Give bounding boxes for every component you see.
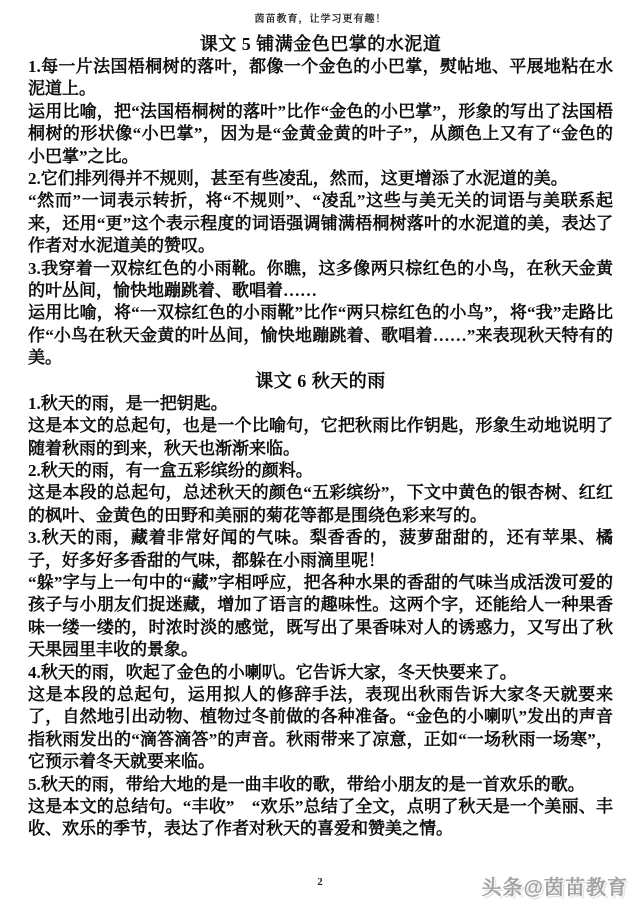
lesson-6-paragraph: 5.秋天的雨，带给大地的是一曲丰收的歌，带给小朋友的是一首欢乐的歌。: [28, 774, 613, 796]
lesson-6-paragraph: 这是本文的总起句，也是一个比喻句，它把秋雨比作钥匙，形象生动地说明了随着秋雨的到…: [28, 415, 613, 460]
lesson-6-paragraph: 这是本文的总结句。“丰收” “欢乐”总结了全文，点明了秋天是一个美丽、丰收、欢乐…: [28, 796, 613, 841]
lesson-6-paragraph: 这是本段的总起句，总述秋天的颜色“五彩缤纷”，下文中黄色的银杏树、红红的枫叶、金…: [28, 482, 613, 527]
lesson-section-6: 课文 6 秋天的雨 1.秋天的雨，是一把钥匙。 这是本文的总起句，也是一个比喻句…: [28, 370, 613, 841]
lesson-6-paragraph: 1.秋天的雨，是一把钥匙。: [28, 393, 613, 415]
toutiao-watermark: 头条@茵苗教育: [481, 871, 628, 900]
lesson-6-paragraph: 4.秋天的雨，吹起了金色的小喇叭。它告诉大家，冬天快要来了。: [28, 662, 613, 684]
header-slogan: 茵苗教育，让学习更有趣！: [28, 13, 613, 27]
lesson-section-5: 课文 5 铺满金色巴掌的水泥道 1.每一片法国梧桐树的落叶，都像一个金色的小巴掌…: [28, 33, 613, 370]
lesson-6-paragraph: 2.秋天的雨，有一盒五彩缤纷的颜料。: [28, 460, 613, 482]
lesson-5-body: 1.每一片法国梧桐树的落叶，都像一个金色的小巴掌，熨帖地、平展地粘在水泥道上。 …: [28, 56, 613, 370]
document-page: 茵苗教育，让学习更有趣！ 课文 5 铺满金色巴掌的水泥道 1.每一片法国梧桐树的…: [0, 0, 640, 905]
lesson-6-paragraph: 这是本段的总起句，运用拟人的修辞手法，表现出秋雨告诉大家冬天就要来了，自然地引出…: [28, 684, 613, 774]
lesson-5-paragraph: 运用比喻，将“一双棕红色的小雨靴”比作“两只棕红色的小鸟”，将“我”走路比作“小…: [28, 302, 613, 369]
lesson-6-paragraph: “躲”字与上一句中的“藏”字相呼应，把各种水果的香甜的气味当成活泼可爱的孩子与小…: [28, 572, 613, 662]
lesson-5-paragraph: 运用比喻，把“法国梧桐树的落叶”比作“金色的小巴掌”，形象的写出了法国梧桐树的形…: [28, 101, 613, 168]
lesson-6-title: 课文 6 秋天的雨: [28, 370, 613, 393]
lesson-5-paragraph: “然而”一词表示转折，将“不规则”、“凌乱”这些与美无关的词语与美联系起来，还用…: [28, 190, 613, 257]
lesson-5-paragraph: 1.每一片法国梧桐树的落叶，都像一个金色的小巴掌，熨帖地、平展地粘在水泥道上。: [28, 56, 613, 101]
lesson-5-title: 课文 5 铺满金色巴掌的水泥道: [28, 33, 613, 56]
lesson-6-body: 1.秋天的雨，是一把钥匙。 这是本文的总起句，也是一个比喻句，它把秋雨比作钥匙，…: [28, 393, 613, 841]
lesson-6-paragraph: 3.秋天的雨，藏着非常好闻的气味。梨香香的，菠萝甜甜的，还有苹果、橘子，好多好多…: [28, 527, 613, 572]
lesson-5-paragraph: 2.它们排列得并不规则，甚至有些凌乱，然而，这更增添了水泥道的美。: [28, 168, 613, 190]
lesson-5-paragraph: 3.我穿着一双棕红色的小雨靴。你瞧，这多像两只棕红色的小鸟，在秋天金黄的叶丛间，…: [28, 258, 613, 303]
